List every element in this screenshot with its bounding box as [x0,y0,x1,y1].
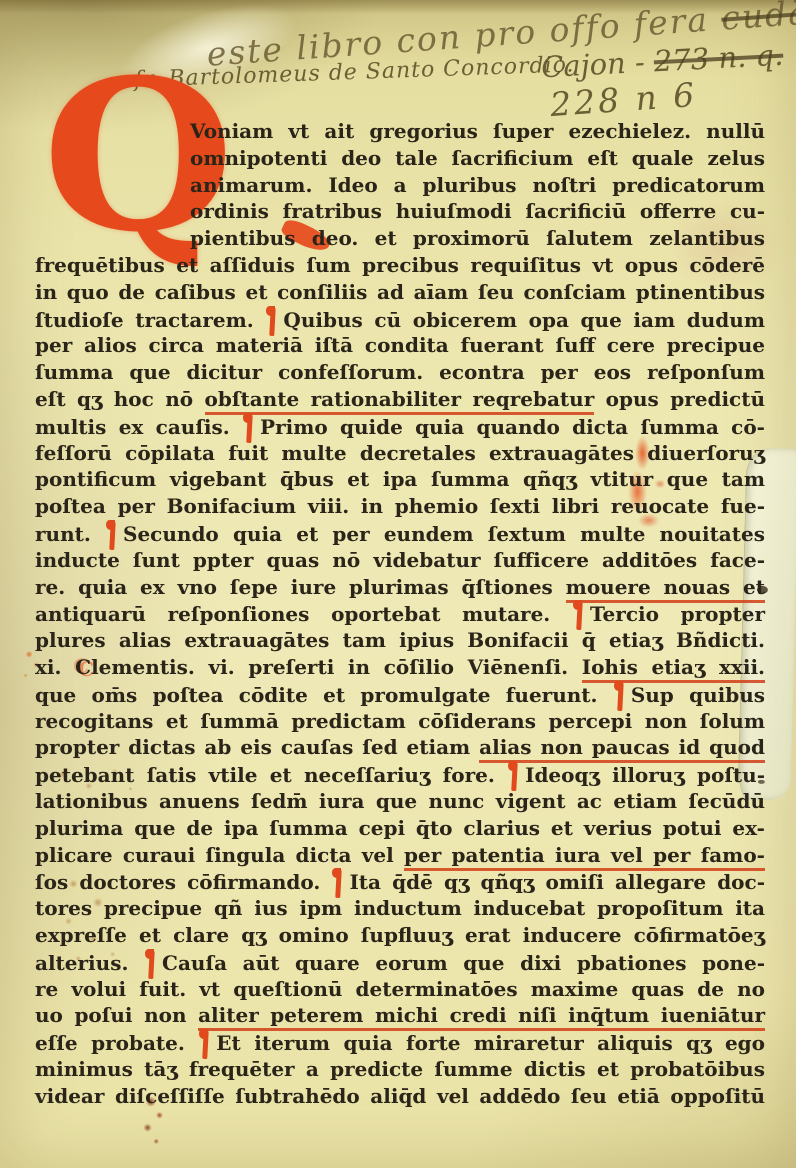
text-line: eſſe probate. Et iterum quia forte mirar… [35,1029,765,1056]
text-segment: pientibus deo. et proximorū ſalutem zela… [190,226,765,250]
text-segment: petebant ſatis vtile et neceſſariuʒ fore… [35,763,507,787]
text-segment: pontificum vigebant q̄bus et ipa ſumma q… [35,467,765,491]
text-line: feſſorū cōpilata fuit multe decretales e… [35,440,765,467]
text-line: omnipotenti deo tale ſacrificium eſt qua… [190,145,765,172]
text-line: uo poſui non aliter peterem michi credi … [35,1002,765,1029]
text-segment: plicare curaui ſingula dicta vel [35,843,404,867]
text-segment: lementis. vi. preſerti in cōſilio Viēnen… [91,655,582,679]
pilcrow-mark [243,413,255,443]
text-segment: que om̄s poſtea cōdite et promulgate fue… [35,683,613,707]
text-segment: minimus tāʒ frequēter a predicte ſumme d… [35,1057,765,1081]
text-line: antiquarū reſponſiones oportebat mutare.… [35,600,765,627]
text-segment: animarum. Ideo a pluribus noſtri predica… [190,173,765,197]
text-segment: Tercio propter [590,602,765,626]
text-line: alterius. Cauſa aūt quare eorum que dixi… [35,949,765,976]
text-line: per alios circa materiā iſtā condita fue… [35,332,765,359]
text-line: pontificum vigebant q̄bus et ipa ſumma q… [35,466,765,493]
text-line: plurima que de ipa ſumma cepi q̄to clari… [35,815,765,842]
text-line: plures alias extrauagātes tam ipius Boni… [35,627,765,654]
text-segment: ſtudioſe tractarem. [35,308,265,332]
text-segment: Sup quibus [631,683,765,707]
red-underlined-text: obſtante rationabiliter reqrebatur [205,387,595,415]
pilcrow-mark [106,520,118,550]
text-segment: recogitans et ſummā predictam cōſiderans… [35,709,765,733]
case-number-struck-text: 273 n. q. [653,38,784,79]
text-segment: Et iterum quia forte miraretur aliquis q… [216,1031,765,1055]
text-segment: feſſorū cōpilata fuit multe decretales e… [35,441,765,465]
text-line: ordinis fratribus huiuſmodi ſacrificiū o… [190,198,765,225]
text-segment: tores precipue qñ ius ipm inductum induc… [35,896,765,920]
text-line: pientibus deo. et proximorū ſalutem zela… [190,225,765,252]
text-line: eſt qʒ hoc nō obſtante rationabiliter re… [35,386,765,413]
text-segment: omnipotenti deo tale ſacrificium eſt qua… [190,146,765,170]
text-line: lationibus anuens ſedm̄ iura que nunc vi… [35,788,765,815]
text-segment: eſſe probate. [35,1031,198,1055]
text-segment: uo poſui non [35,1003,198,1027]
text-segment: eſt qʒ hoc nō [35,387,205,411]
text-line: ſos doctores cōfirmando. Ita q̄dē qʒ qñq… [35,868,765,895]
text-line: recogitans et ſummā predictam cōſiderans… [35,708,765,735]
text-segment: videar diſceſſiſſe ſubtrahēdo aliq̄d vel… [35,1084,765,1108]
ownership-note-struck-text: cudā — [720,0,796,38]
pilcrow-mark [145,949,157,979]
text-segment: re. quia ex vno ſepe iure plurimas q̄ſti… [35,575,566,599]
text-line: minimus tāʒ frequēter a predicte ſumme d… [35,1056,765,1083]
text-segment: expreſſe et clare qʒ omino ſupfluuʒ erat… [35,923,765,947]
text-line: runt. Secundo quia et per eundem ſextum … [35,520,765,547]
text-line: multis ex cauſis. Primo quide quia quand… [35,413,765,440]
text-line: animarum. Ideo a pluribus noſtri predica… [190,172,765,199]
text-segment: Ita q̄dē qʒ qñqʒ omiſi allegare doc- [349,870,765,894]
text-line: plicare curaui ſingula dicta vel per pat… [35,842,765,869]
text-segment: plures alias extrauagātes tam ipius Boni… [35,628,765,652]
text-line: poſtea per Bonifacium viii. in phemio ſe… [35,493,765,520]
red-underlined-text: mouere nouas et [566,575,765,603]
text-segment: per alios circa materiā iſtā condita fue… [35,333,765,357]
text-line: petebant ſatis vtile et neceſſariuʒ fore… [35,761,765,788]
red-underlined-text: per patentia iura vel per famo- [404,843,765,871]
text-line: inducte ſunt ppter quas nō videbatur ſuf… [35,547,765,574]
text-segment: inducte ſunt ppter quas nō videbatur ſuf… [35,548,765,572]
text-segment: Ideoqʒ illoruʒ poſtu- [525,763,765,787]
text-segment: oniam vt ait gregorius ſuper ezechielez.… [204,119,765,143]
text-segment: ſos doctores cōfirmando. [35,870,331,894]
text-line: videar diſceſſiſſe ſubtrahēdo aliq̄d vel… [35,1083,765,1110]
text-segment: propter dictas ab eis cauſas ſed etiam [35,735,479,759]
rubricated-capital: V [190,119,204,143]
text-segment: poſtea per Bonifacium viii. in phemio ſe… [35,494,765,518]
text-line: ſumma que dicitur confeſſorum. econtra p… [35,359,765,386]
text-segment: ordinis fratribus huiuſmodi ſacrificiū o… [190,199,765,223]
text-segment: lationibus anuens ſedm̄ iura que nunc vi… [35,789,765,813]
text-segment: re volui fuit. vt queſtionū determinatōe… [35,977,765,1001]
text-segment: xi. [35,655,75,679]
text-block: Voniam vt ait gregorius ſuper ezechielez… [35,118,765,1109]
text-segment: alterius. [35,951,144,975]
red-underlined-text: Iohis etiaʒ xxii. [582,655,765,683]
text-segment: Primo quide quia quando dicta ſumma cō- [260,415,765,439]
pilcrow-mark [199,1029,211,1059]
text-line: re. quia ex vno ſepe iure plurimas q̄ſti… [35,574,765,601]
text-line: expreſſe et clare qʒ omino ſupfluuʒ erat… [35,922,765,949]
red-underlined-text: aliter peterem michi credi niſi inq̄tum … [198,1003,765,1031]
text-segment: opus predictū [594,387,765,411]
rubricated-capital: C [75,655,91,679]
text-line: ſtudioſe tractarem. Quibus cū obicerem o… [35,306,765,333]
text-segment: in quo de caſibus et conſiliis ad aīam ſ… [35,280,765,304]
text-segment: multis ex cauſis. [35,415,242,439]
text-line: tores precipue qñ ius ipm inductum induc… [35,895,765,922]
text-segment: Quibus cū obicerem opa que iam dudum [283,308,765,332]
text-segment: ſumma que dicitur confeſſorum. econtra p… [35,360,765,384]
text-line: que om̄s poſtea cōdite et promulgate fue… [35,681,765,708]
text-line: frequētibus et aſſiduis ſum precibus req… [35,252,765,279]
text-line: re volui fuit. vt queſtionū determinatōe… [35,976,765,1003]
pilcrow-mark [266,306,278,336]
red-underlined-text: alias non paucas id quod [479,735,765,763]
text-line: xi. Clementis. vi. preſerti in cōſilio V… [35,654,765,681]
text-segment: antiquarū reſponſiones oportebat mutare. [35,602,572,626]
text-line: propter dictas ab eis cauſas ſed etiam a… [35,734,765,761]
text-segment: Cauſa aūt quare eorum que dixi pbationes… [162,951,765,975]
pilcrow-mark [332,868,344,898]
pilcrow-mark [614,681,626,711]
pilcrow-mark [573,600,585,630]
text-segment: frequētibus et aſſiduis ſum precibus req… [35,253,765,277]
text-line: Voniam vt ait gregorius ſuper ezechielez… [190,118,765,145]
incunabulum-page: este libro con pro offo fera cudā — fr. … [0,0,796,1168]
pilcrow-mark [508,761,520,791]
text-segment: runt. [35,522,105,546]
text-segment: plurima que de ipa ſumma cepi q̄to clari… [35,816,765,840]
text-segment: Secundo quia et per eundem ſextum multe … [123,522,765,546]
text-line: in quo de caſibus et conſiliis ad aīam ſ… [35,279,765,306]
